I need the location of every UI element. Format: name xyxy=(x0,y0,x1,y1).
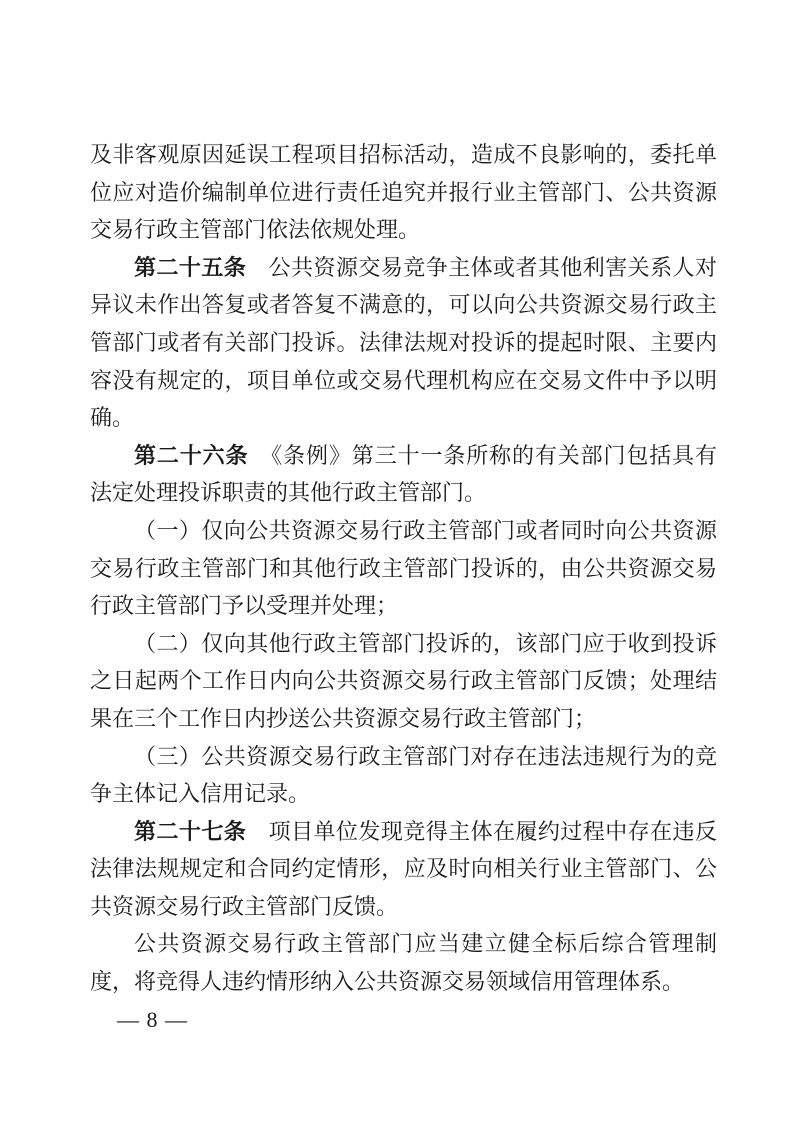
document-body: 及非客观原因延误工程项目招标活动，造成不良影响的，委托单位应对造价编制单位进行责… xyxy=(90,136,717,1001)
paragraph: 第二十七条 项目单位发现竞得主体在履约过程中存在违反法律法规规定和合同约定情形，… xyxy=(90,813,717,926)
article-number: 第二十六条 xyxy=(134,443,248,468)
paragraph: 第二十六条 《条例》第三十一条所称的有关部门包括具有法定处理投诉职责的其他行政主… xyxy=(90,437,717,512)
article-number: 第二十七条 xyxy=(134,819,246,844)
paragraph: 第二十五条 公共资源交易竞争主体或者其他利害关系人对异议未作出答复或者答复不满意… xyxy=(90,249,717,437)
paragraph: 及非客观原因延误工程项目招标活动，造成不良影响的，委托单位应对造价编制单位进行责… xyxy=(90,136,717,249)
article-number: 第二十五条 xyxy=(134,255,246,280)
document-page: 及非客观原因延误工程项目招标活动，造成不良影响的，委托单位应对造价编制单位进行责… xyxy=(0,0,793,1122)
paragraph: （一）仅向公共资源交易行政主管部门或者同时向公共资源交易行政主管部门和其他行政主… xyxy=(90,512,717,625)
paragraph: （三）公共资源交易行政主管部门对存在违法违规行为的竞争主体记入信用记录。 xyxy=(90,738,717,813)
page-number: — 8 — xyxy=(117,1006,188,1034)
paragraph: （二）仅向其他行政主管部门投诉的，该部门应于收到投诉之日起两个工作日内向公共资源… xyxy=(90,625,717,738)
paragraph: 公共资源交易行政主管部门应当建立健全标后综合管理制度，将竞得人违约情形纳入公共资… xyxy=(90,925,717,1000)
